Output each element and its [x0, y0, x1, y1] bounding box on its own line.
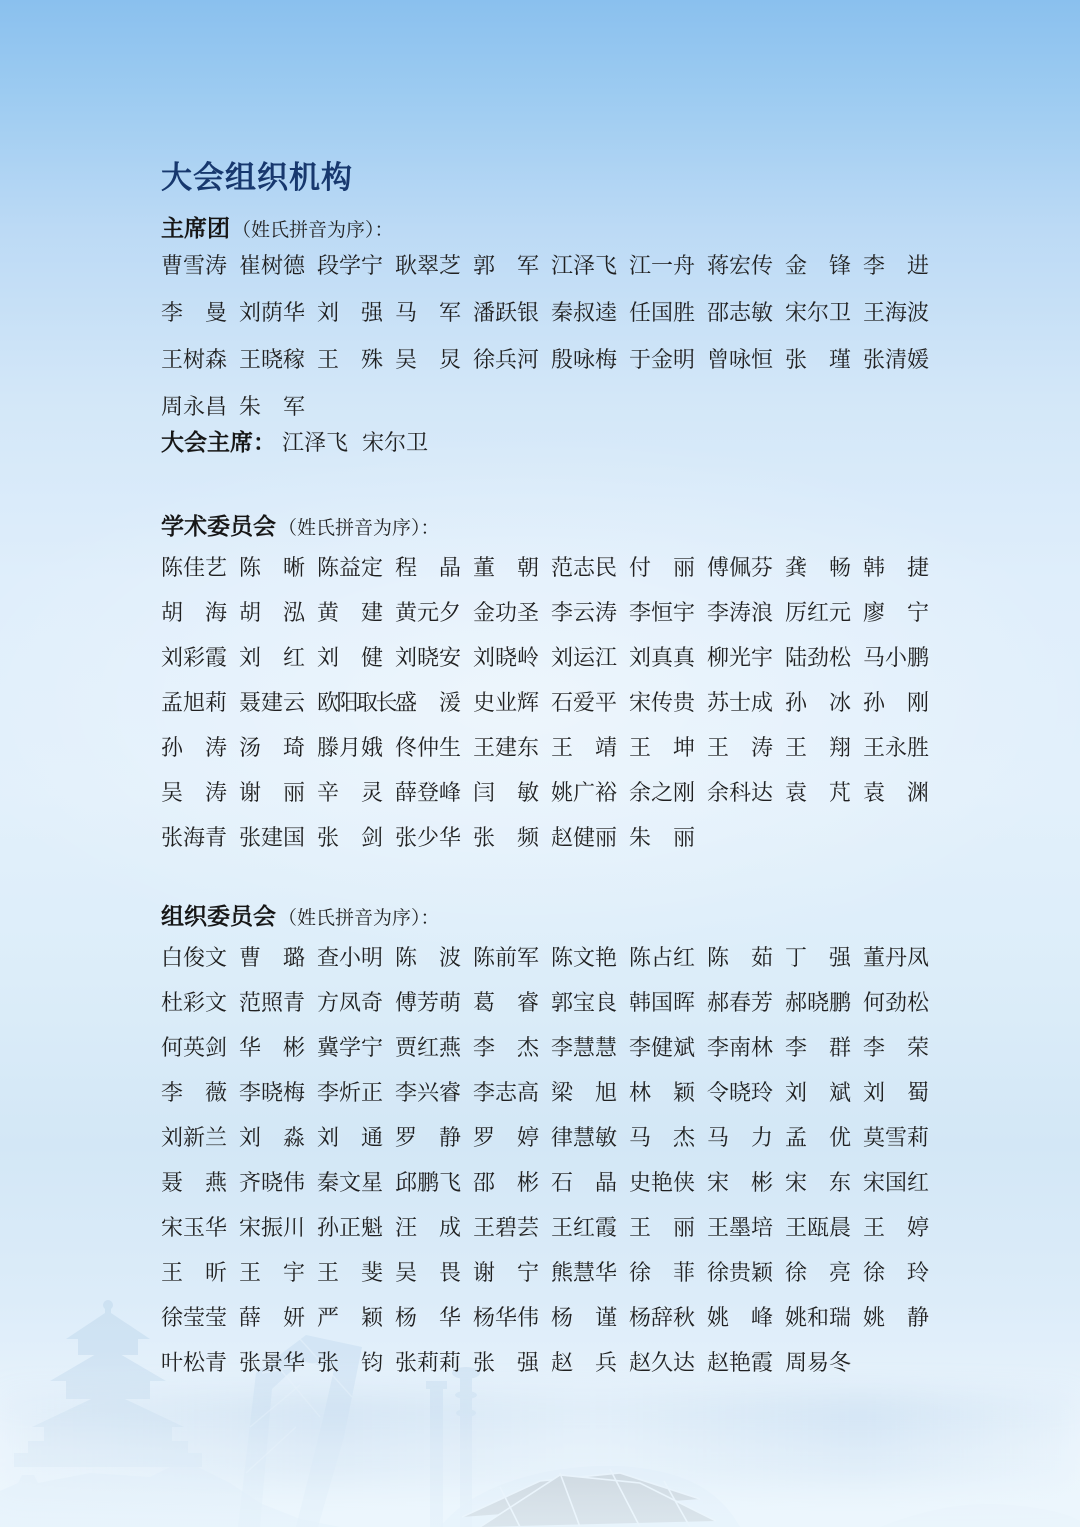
presidium-heading-note: （姓氏拼音为序）：	[232, 220, 394, 241]
person-name: 邱鹏飞	[395, 1159, 473, 1204]
person-name: 吴 涛	[161, 769, 239, 814]
person-name: 张海青	[161, 814, 239, 859]
person-name: 邵 彬	[473, 1159, 551, 1204]
person-name: 徐兵河	[473, 335, 551, 382]
person-name: 王永胜	[863, 724, 941, 769]
person-name: 耿翠芝	[395, 241, 473, 288]
person-name: 范志民	[551, 544, 629, 589]
person-name: 殷咏梅	[551, 335, 629, 382]
person-name: 谢 宁	[473, 1249, 551, 1294]
person-name: 莫雪莉	[863, 1114, 941, 1159]
person-name: 杨华伟	[473, 1294, 551, 1339]
document-page: 大会组织机构 主席团（姓氏拼音为序）： 曹雪涛崔树德段学宁耿翠芝郭 军江泽飞江一…	[0, 0, 1080, 1527]
person-name: 李 薇	[161, 1069, 239, 1114]
person-name: 马 军	[395, 288, 473, 335]
person-name: 孙 涛	[161, 724, 239, 769]
person-name: 王碧芸	[473, 1204, 551, 1249]
person-name: 辛 灵	[317, 769, 395, 814]
person-name: 宋传贵	[629, 679, 707, 724]
person-name: 方凤奇	[317, 979, 395, 1024]
person-name: 王 斐	[317, 1249, 395, 1294]
person-name: 柳光宇	[707, 634, 785, 679]
person-name: 罗 静	[395, 1114, 473, 1159]
person-name: 齐晓伟	[239, 1159, 317, 1204]
person-name: 刘晓岭	[473, 634, 551, 679]
person-name: 罗 婷	[473, 1114, 551, 1159]
tower-silhouettes	[426, 1367, 480, 1527]
person-name: 宋尔卫	[785, 288, 863, 335]
person-name: 朱 军	[239, 382, 317, 429]
person-name: 刘荫华	[239, 288, 317, 335]
person-name: 李 荣	[863, 1024, 941, 1069]
person-name: 张 剑	[317, 814, 395, 859]
conference-chair-label: 大会主席：	[161, 429, 276, 455]
person-name: 叶松青	[161, 1339, 239, 1384]
person-name: 王 翔	[785, 724, 863, 769]
person-name: 林 颖	[629, 1069, 707, 1114]
person-name: 曹 璐	[239, 934, 317, 979]
person-name: 王 坤	[629, 724, 707, 769]
person-name: 汤 琦	[239, 724, 317, 769]
person-name: 宋 东	[785, 1159, 863, 1204]
person-name: 袁 芃	[785, 769, 863, 814]
person-name: 刘新兰	[161, 1114, 239, 1159]
person-name: 徐 亮	[785, 1249, 863, 1294]
person-name: 袁 渊	[863, 769, 941, 814]
person-name: 赵健丽	[551, 814, 629, 859]
person-name: 刘 淼	[239, 1114, 317, 1159]
person-name: 徐贵颖	[707, 1249, 785, 1294]
person-name: 闫 敏	[473, 769, 551, 814]
person-name: 李慧慧	[551, 1024, 629, 1069]
person-name: 汪 成	[395, 1204, 473, 1249]
person-name: 石 晶	[551, 1159, 629, 1204]
organizing-committee-name-list: 白俊文曹 璐查小明陈 波陈前军陈文艳陈占红陈 茹丁 强董丹凤杜彩文范照青方凤奇傅…	[161, 934, 941, 1384]
person-name: 吴 炅	[395, 335, 473, 382]
person-name: 刘真真	[629, 634, 707, 679]
person-name: 刘 健	[317, 634, 395, 679]
person-name: 韩国晖	[629, 979, 707, 1024]
person-name: 丁 强	[785, 934, 863, 979]
person-name: 杨辞秋	[629, 1294, 707, 1339]
person-name: 刘彩霞	[161, 634, 239, 679]
person-name: 段学宁	[317, 241, 395, 288]
person-name: 薛登峰	[395, 769, 473, 814]
person-name: 石爱平	[551, 679, 629, 724]
person-name: 聂 燕	[161, 1159, 239, 1204]
person-name: 滕月娥	[317, 724, 395, 769]
person-name: 姚广裕	[551, 769, 629, 814]
person-name: 傅佩芬	[707, 544, 785, 589]
person-name: 王瓯晨	[785, 1204, 863, 1249]
person-name: 郝春芳	[707, 979, 785, 1024]
person-name: 李 杰	[473, 1024, 551, 1069]
person-name: 厉红元	[785, 589, 863, 634]
person-name: 王建东	[473, 724, 551, 769]
person-name: 薛 妍	[239, 1294, 317, 1339]
person-name: 余科达	[707, 769, 785, 814]
person-name: 冀学宁	[317, 1024, 395, 1069]
person-name: 周易冬	[785, 1339, 863, 1384]
person-name: 吴 畏	[395, 1249, 473, 1294]
person-name: 余之刚	[629, 769, 707, 814]
person-name: 陈文艳	[551, 934, 629, 979]
person-name: 李炘正	[317, 1069, 395, 1114]
person-name: 孟 优	[785, 1114, 863, 1159]
person-name: 王墨培	[707, 1204, 785, 1249]
person-name: 金功圣	[473, 589, 551, 634]
person-name: 李晓梅	[239, 1069, 317, 1114]
person-name: 孟旭莉	[161, 679, 239, 724]
person-name: 江一舟	[629, 241, 707, 288]
person-name: 曹雪涛	[161, 241, 239, 288]
organizing-committee-heading-label: 组织委员会	[161, 903, 276, 929]
person-name: 王 殊	[317, 335, 395, 382]
person-name: 王 宇	[239, 1249, 317, 1294]
academic-committee-heading: 学术委员会（姓氏拼音为序）：	[161, 508, 440, 541]
person-name: 宋 彬	[707, 1159, 785, 1204]
person-name: 葛 睿	[473, 979, 551, 1024]
person-name: 黄 建	[317, 589, 395, 634]
person-name: 陈 晰	[239, 544, 317, 589]
person-name: 刘 斌	[785, 1069, 863, 1114]
person-name: 杨 华	[395, 1294, 473, 1339]
person-name: 于金明	[629, 335, 707, 382]
great-wall-silhouette	[0, 1453, 340, 1527]
person-name: 周永昌	[161, 382, 239, 429]
person-name: 郭 军	[473, 241, 551, 288]
person-name: 徐莹莹	[161, 1294, 239, 1339]
person-name: 刘晓安	[395, 634, 473, 679]
person-name: 王 靖	[551, 724, 629, 769]
person-name: 张建国	[239, 814, 317, 859]
person-name: 张 强	[473, 1339, 551, 1384]
mist-band	[0, 1397, 1080, 1487]
person-name: 李涛浪	[707, 589, 785, 634]
person-name: 宋玉华	[161, 1204, 239, 1249]
person-name: 马 杰	[629, 1114, 707, 1159]
person-name: 马 力	[707, 1114, 785, 1159]
person-name: 徐 菲	[629, 1249, 707, 1294]
person-name: 张清媛	[863, 335, 941, 382]
person-name: 史艳侠	[629, 1159, 707, 1204]
person-name: 刘 蜀	[863, 1069, 941, 1114]
person-name: 张景华	[239, 1339, 317, 1384]
person-name: 盛 湲	[395, 679, 473, 724]
person-name: 王 昕	[161, 1249, 239, 1294]
person-name: 陈佳艺	[161, 544, 239, 589]
person-name: 何英剑	[161, 1024, 239, 1069]
person-name: 秦叔逵	[551, 288, 629, 335]
person-name: 邵志敏	[707, 288, 785, 335]
person-name: 刘 强	[317, 288, 395, 335]
person-name: 宋振川	[239, 1204, 317, 1249]
person-name: 张 频	[473, 814, 551, 859]
person-name: 秦文星	[317, 1159, 395, 1204]
person-name: 李南林	[707, 1024, 785, 1069]
person-name: 李云涛	[551, 589, 629, 634]
person-name: 孙 冰	[785, 679, 863, 724]
person-name: 何劲松	[863, 979, 941, 1024]
organizing-committee-heading: 组织委员会（姓氏拼音为序）：	[161, 898, 440, 931]
person-name: 李志高	[473, 1069, 551, 1114]
person-name: 刘运江	[551, 634, 629, 679]
person-name: 李 曼	[161, 288, 239, 335]
person-name: 郭宝良	[551, 979, 629, 1024]
person-name: 胡 海	[161, 589, 239, 634]
person-name: 杨 谨	[551, 1294, 629, 1339]
person-name: 董 朝	[473, 544, 551, 589]
person-name: 华 彬	[239, 1024, 317, 1069]
person-name: 查小明	[317, 934, 395, 979]
person-name: 付 丽	[629, 544, 707, 589]
person-name: 张少华	[395, 814, 473, 859]
person-name: 杜彩文	[161, 979, 239, 1024]
person-name: 佟仲生	[395, 724, 473, 769]
person-name: 董丹凤	[863, 934, 941, 979]
person-name: 王树森	[161, 335, 239, 382]
person-name: 律慧敏	[551, 1114, 629, 1159]
person-name: 龚 畅	[785, 544, 863, 589]
person-name: 陈 茹	[707, 934, 785, 979]
person-name: 陈益定	[317, 544, 395, 589]
person-name: 马小鹏	[863, 634, 941, 679]
person-name: 令晓玲	[707, 1069, 785, 1114]
person-name: 郝晓鹏	[785, 979, 863, 1024]
person-name: 黄元夕	[395, 589, 473, 634]
person-name: 王 涛	[707, 724, 785, 769]
person-name: 聂建云	[239, 679, 317, 724]
person-name: 朱 丽	[629, 814, 707, 859]
person-name: 陈前军	[473, 934, 551, 979]
academic-committee-heading-label: 学术委员会	[161, 513, 276, 539]
conference-chair-names: 江泽飞 宋尔卫	[282, 430, 428, 455]
person-name: 梁 旭	[551, 1069, 629, 1114]
presidium-heading: 主席团（姓氏拼音为序）：	[161, 210, 394, 243]
person-name: 刘 通	[317, 1114, 395, 1159]
person-name: 陈占红	[629, 934, 707, 979]
person-name: 张 钧	[317, 1339, 395, 1384]
person-name: 严 颖	[317, 1294, 395, 1339]
person-name: 宋国红	[863, 1159, 941, 1204]
person-name: 苏士成	[707, 679, 785, 724]
person-name: 李健斌	[629, 1024, 707, 1069]
organizing-committee-heading-note: （姓氏拼音为序）：	[278, 908, 440, 929]
presidium-name-list: 曹雪涛崔树德段学宁耿翠芝郭 军江泽飞江一舟蒋宏传金 锋李 进李 曼刘荫华刘 强马…	[161, 241, 941, 429]
person-name: 王 婷	[863, 1204, 941, 1249]
person-name: 李 进	[863, 241, 941, 288]
person-name: 谢 丽	[239, 769, 317, 814]
person-name: 王海波	[863, 288, 941, 335]
person-name: 刘 红	[239, 634, 317, 679]
person-name: 陈 波	[395, 934, 473, 979]
person-name: 曾咏恒	[707, 335, 785, 382]
person-name: 史业辉	[473, 679, 551, 724]
person-name: 蒋宏传	[707, 241, 785, 288]
person-name: 廖 宁	[863, 589, 941, 634]
person-name: 李 群	[785, 1024, 863, 1069]
person-name: 李兴睿	[395, 1069, 473, 1114]
person-name: 王红霞	[551, 1204, 629, 1249]
person-name: 王晓稼	[239, 335, 317, 382]
person-name: 欧阳取长	[317, 679, 395, 724]
academic-committee-heading-note: （姓氏拼音为序）：	[278, 518, 440, 539]
person-name: 胡 泓	[239, 589, 317, 634]
person-name: 赵艳霞	[707, 1339, 785, 1384]
person-name: 熊慧华	[551, 1249, 629, 1294]
person-name: 姚和瑞	[785, 1294, 863, 1339]
person-name: 任国胜	[629, 288, 707, 335]
person-name: 韩 捷	[863, 544, 941, 589]
page-title: 大会组织机构	[161, 152, 353, 197]
person-name: 程 晶	[395, 544, 473, 589]
person-name: 金 锋	[785, 241, 863, 288]
person-name: 潘跃银	[473, 288, 551, 335]
person-name: 范照青	[239, 979, 317, 1024]
person-name: 姚 峰	[707, 1294, 785, 1339]
academic-committee-name-list: 陈佳艺陈 晰陈益定程 晶董 朝范志民付 丽傅佩芬龚 畅韩 捷胡 海胡 泓黄 建黄…	[161, 544, 941, 859]
person-name: 王 丽	[629, 1204, 707, 1249]
birds-nest-silhouette	[440, 1466, 740, 1527]
conference-chair-line: 大会主席：江泽飞 宋尔卫	[161, 424, 428, 457]
person-name: 李恒宇	[629, 589, 707, 634]
person-name: 陆劲松	[785, 634, 863, 679]
person-name: 白俊文	[161, 934, 239, 979]
person-name: 张莉莉	[395, 1339, 473, 1384]
person-name: 徐 玲	[863, 1249, 941, 1294]
person-name: 傅芳萌	[395, 979, 473, 1024]
person-name: 孙 刚	[863, 679, 941, 724]
person-name: 孙正魁	[317, 1204, 395, 1249]
person-name: 崔树德	[239, 241, 317, 288]
person-name: 赵久达	[629, 1339, 707, 1384]
person-name: 江泽飞	[551, 241, 629, 288]
person-name: 贾红燕	[395, 1024, 473, 1069]
presidium-heading-label: 主席团	[161, 215, 230, 241]
person-name: 赵 兵	[551, 1339, 629, 1384]
person-name: 张 瑾	[785, 335, 863, 382]
person-name: 姚 静	[863, 1294, 941, 1339]
